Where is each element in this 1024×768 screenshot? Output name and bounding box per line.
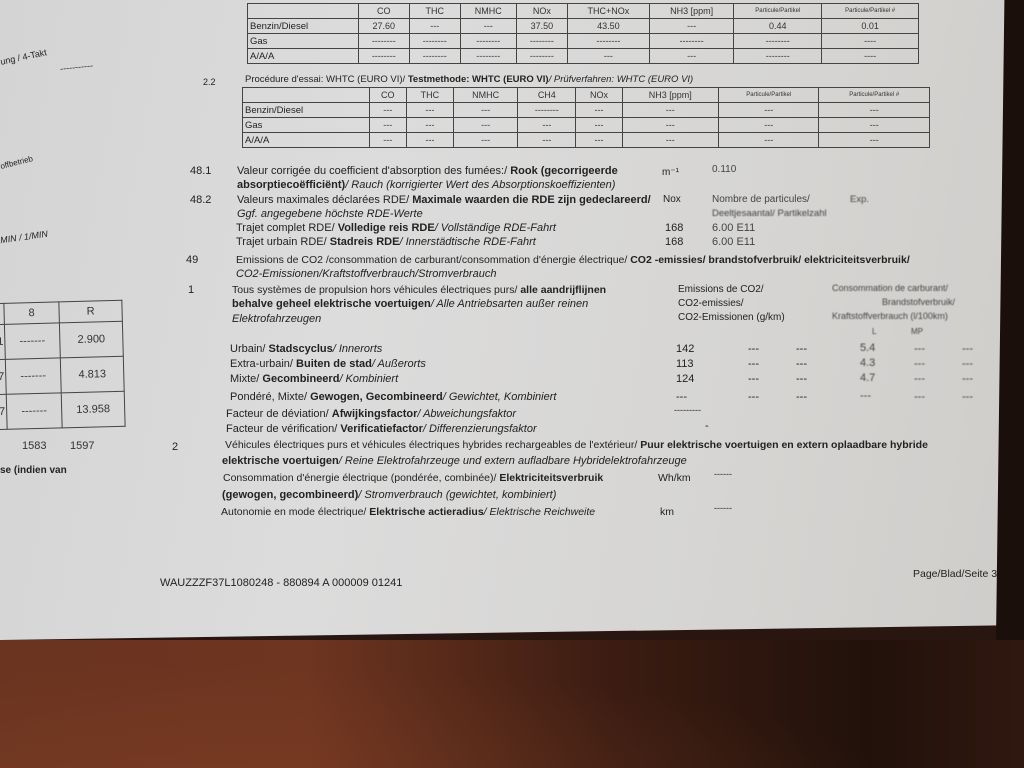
item-48-1-unit: m⁻¹ bbox=[662, 167, 679, 178]
co2-row-value-co2: 113 bbox=[676, 358, 694, 370]
co2-row-value-c6: --- bbox=[962, 373, 973, 385]
fuel-sub-mp: MP bbox=[911, 327, 923, 336]
item-1-line3: Elektrofahrzeugen bbox=[232, 313, 321, 325]
co2-row-value-c3: --- bbox=[796, 391, 807, 403]
co2-row-value-c2: --- bbox=[748, 358, 759, 370]
electric-range-value: ------ bbox=[714, 503, 732, 513]
rde-row-complete-nox: 168 bbox=[665, 222, 683, 234]
electric-energy-consumption: Consommation d'énergie électrique (pondé… bbox=[223, 472, 603, 484]
item-2-line2: elektrische voertuigen/ Reine Elektrofah… bbox=[222, 455, 687, 467]
item-1-line1: Tous systèmes de propulsion hors véhicul… bbox=[232, 284, 606, 296]
item-1-number: 1 bbox=[188, 284, 194, 296]
co2-row-value-c2: --- bbox=[748, 373, 759, 385]
co2-row-value-c3: --- bbox=[796, 343, 807, 355]
fuel-header-3: Kraftstoffverbrauch (l/100km) bbox=[832, 311, 948, 321]
nedc-emissions-table: COTHCNMHCNOxTHC+NOxNH3 [ppm]Particule/Pa… bbox=[247, 3, 919, 64]
section-2-2-title: Procédure d'essai: WHTC (EURO VI)/ Testm… bbox=[245, 74, 693, 85]
deviation-factor-value: --------- bbox=[674, 405, 701, 415]
co2-row-value-l: --- bbox=[860, 390, 871, 402]
item-48-2-col-particles: Nombre de particules/ bbox=[712, 194, 810, 205]
table-header-cell: NOx bbox=[516, 4, 567, 19]
rde-row-urban: Trajet urbain RDE/ Stadreis RDE/ Innerst… bbox=[236, 236, 536, 248]
co2-row-value-c2: --- bbox=[748, 343, 759, 355]
electric-energy-value: ------ bbox=[714, 469, 732, 479]
co2-row-value-co2: 142 bbox=[676, 343, 694, 355]
co2-row-value-mp: --- bbox=[914, 391, 925, 403]
table-row: A/A/A-----------------------------------… bbox=[248, 49, 919, 64]
section-2-2-number: 2.2 bbox=[203, 77, 216, 87]
table-row: A/A/A------------------------ bbox=[243, 133, 930, 148]
item-48-1-value: 0.110 bbox=[712, 164, 736, 175]
deviation-factor: Facteur de déviation/ Afwijkingsfactor/ … bbox=[226, 408, 516, 420]
table-header-cell bbox=[248, 4, 359, 19]
table-header-cell: Particule/Partikel # bbox=[822, 4, 919, 19]
item-48-2-col-particles-2: Deeltjesaantal/ Partikelzahl bbox=[712, 208, 827, 219]
page-number: Page/Blad/Seite 3 bbox=[913, 568, 997, 580]
rde-row-urban-particles: 6.00 E11 bbox=[712, 236, 755, 248]
fuel-header-2: Brandstofverbruik/ bbox=[882, 297, 955, 307]
item-1-line2: behalve geheel elektrische voertuigen/ A… bbox=[232, 298, 588, 310]
table-header-cell: NMHC bbox=[453, 88, 517, 103]
table-header-cell: NMHC bbox=[460, 4, 516, 19]
item-48-1-number: 48.1 bbox=[190, 165, 211, 177]
co2-row-value-l: 4.7 bbox=[860, 372, 875, 384]
whtc-emissions-table: COTHCNMHCCH4NOxNH3 [ppm]Particule/Partik… bbox=[242, 87, 930, 148]
left-fragment-bottom: se (indien van bbox=[0, 465, 67, 476]
co2-row-value-co2: 124 bbox=[676, 373, 694, 385]
table-header-cell: THC bbox=[406, 88, 453, 103]
left-number-1: 1583 bbox=[22, 440, 46, 452]
left-table: 7 8 R 1561 ------- 2.900 667 ------- 4.8… bbox=[0, 300, 126, 432]
table-header-cell: CH4 bbox=[518, 88, 576, 103]
table-row: Benzin/Diesel---------------------------… bbox=[243, 103, 930, 118]
rde-row-complete-particles: 6.00 E11 bbox=[712, 222, 755, 234]
item-2-line1: Véhicules électriques purs et véhicules … bbox=[225, 439, 928, 451]
item-48-2-col-exp: Exp. bbox=[850, 194, 869, 205]
co2-row-label: Mixte/ Gecombineerd/ Kombiniert bbox=[230, 373, 398, 385]
left-number-2: 1597 bbox=[70, 440, 94, 452]
table-header-cell: NH3 [ppm] bbox=[622, 88, 718, 103]
co2-row-value-c3: --- bbox=[796, 358, 807, 370]
table-header-cell: NOx bbox=[576, 88, 622, 103]
item-49-line2: CO2-Emissionen/Kraftstoffverbrauch/Strom… bbox=[236, 268, 496, 280]
item-48-1-line2: absorptiecoëfficiënt)/ Rauch (korrigiert… bbox=[237, 179, 615, 191]
fuel-header-1: Consommation de carburant/ bbox=[832, 283, 948, 293]
table-row: Benzin/Diesel27.60------37.5043.50---0.4… bbox=[248, 19, 919, 34]
co2-row-value-l: 5.4 bbox=[860, 342, 875, 354]
co2-row-value-mp: --- bbox=[914, 373, 925, 385]
item-48-1-line1: Valeur corrigée du coefficient d'absorpt… bbox=[237, 165, 618, 177]
verification-factor-value: - bbox=[705, 420, 709, 432]
item-2-number: 2 bbox=[172, 441, 178, 453]
rde-row-urban-nox: 168 bbox=[665, 236, 683, 248]
co2-row-value-mp: --- bbox=[914, 343, 925, 355]
electric-range: Autonomie en mode électrique/ Elektrisch… bbox=[221, 506, 595, 518]
item-49-line1: Emissions de CO2 /consommation de carbur… bbox=[236, 254, 910, 266]
table-header-cell: CO bbox=[369, 88, 406, 103]
fuel-sub-l: L bbox=[872, 327, 876, 336]
co2-row-value-c6: --- bbox=[962, 343, 973, 355]
co2-row-label: Pondéré, Mixte/ Gewogen, Gecombineerd/ G… bbox=[230, 391, 556, 403]
document-id: WAUZZZF37L1080248 - 880894 A 000009 0124… bbox=[160, 577, 402, 589]
co2-row-value-c6: --- bbox=[962, 391, 973, 403]
table-header-cell: Particule/Partikel # bbox=[819, 88, 930, 103]
table-row: Gas------------------------ bbox=[243, 118, 930, 133]
rde-row-complete: Trajet complet RDE/ Volledige reis RDE/ … bbox=[236, 222, 556, 234]
co2-row-label: Urbain/ Stadscyclus/ Innerorts bbox=[230, 343, 382, 355]
electric-energy-line2: (gewogen, gecombineerd)/ Stromverbrauch … bbox=[222, 489, 556, 501]
co2-row-value-c2: --- bbox=[748, 391, 759, 403]
table-header-cell bbox=[243, 88, 370, 103]
co2-header-2: CO2-emissies/ bbox=[678, 298, 744, 309]
co2-header-3: CO2-Emissionen (g/km) bbox=[678, 312, 785, 323]
item-49-number: 49 bbox=[186, 254, 198, 266]
item-48-2-line1: Valeurs maximales déclarées RDE/ Maximal… bbox=[237, 194, 651, 206]
table-header-cell: THC+NOx bbox=[567, 4, 649, 19]
co2-header-1: Emissions de CO2/ bbox=[678, 284, 764, 295]
co2-row-value-l: 4.3 bbox=[860, 357, 875, 369]
item-48-2-col-nox: Nox bbox=[663, 194, 681, 205]
table-header-cell: Particule/Partikel bbox=[719, 88, 819, 103]
co2-row-value-c6: --- bbox=[962, 358, 973, 370]
table-header-cell: THC bbox=[409, 4, 460, 19]
table-header-cell: Particule/Partikel bbox=[734, 4, 822, 19]
co2-row-value-co2: --- bbox=[676, 391, 687, 403]
verification-factor: Facteur de vérification/ Verificatiefact… bbox=[226, 423, 537, 435]
co2-row-value-mp: --- bbox=[914, 358, 925, 370]
electric-range-unit: km bbox=[660, 506, 674, 518]
co2-row-label: Extra-urbain/ Buiten de stad/ Außerorts bbox=[230, 358, 426, 370]
table-row: Gas-------------------------------------… bbox=[248, 34, 919, 49]
item-48-2-line2: Ggf. angegebene höchste RDE-Werte bbox=[237, 208, 423, 220]
co2-row-value-c3: --- bbox=[796, 373, 807, 385]
table-header-cell: NH3 [ppm] bbox=[649, 4, 733, 19]
table-header-cell: CO bbox=[358, 4, 409, 19]
item-48-2-number: 48.2 bbox=[190, 194, 211, 206]
electric-energy-unit: Wh/km bbox=[658, 472, 691, 484]
